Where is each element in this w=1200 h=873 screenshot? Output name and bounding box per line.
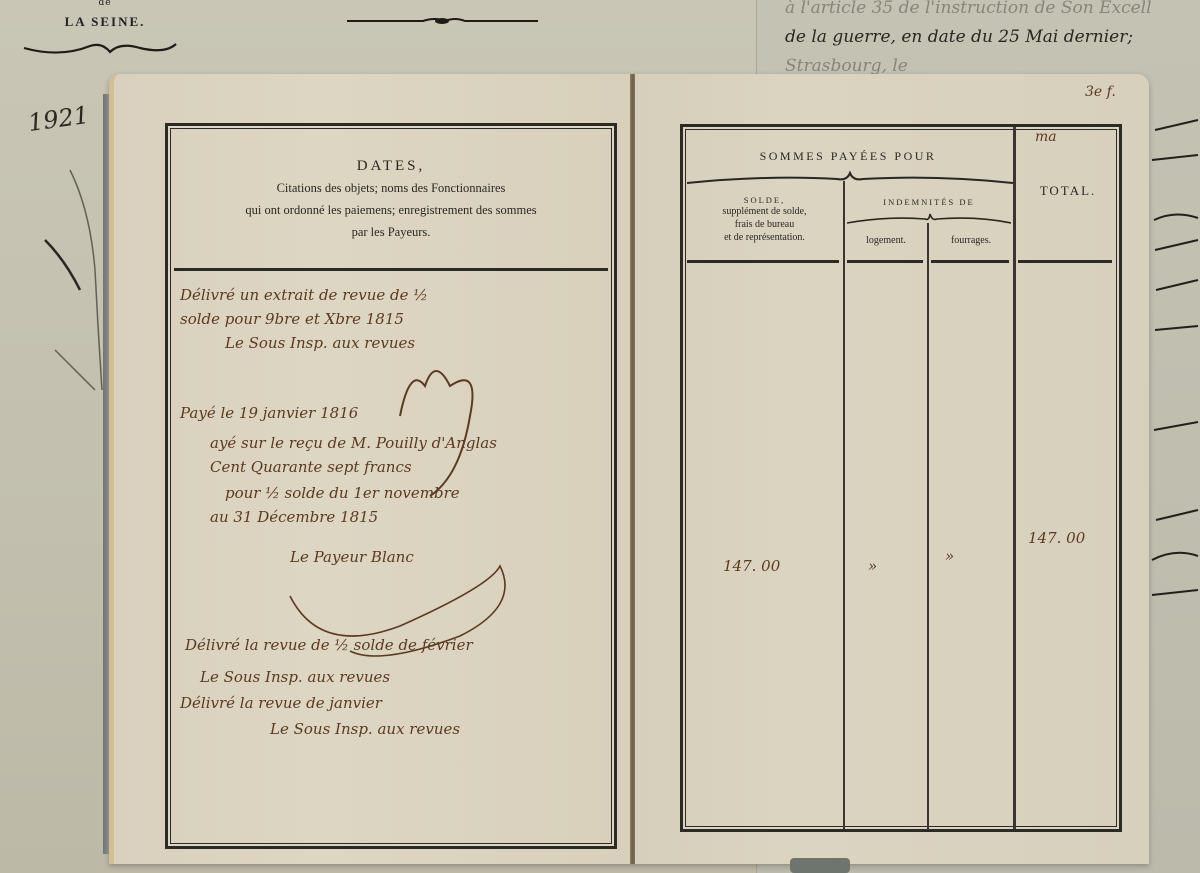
header-rule xyxy=(1018,260,1112,263)
entry-line: Délivré la revue de janvier xyxy=(180,694,382,712)
logement-header: logement. xyxy=(845,234,927,247)
total-annotation: ma xyxy=(1035,129,1057,145)
entry-line: Le Sous Insp. aux revues xyxy=(225,334,415,352)
header-de: de xyxy=(40,0,170,8)
dates-description: Citations des objets; noms des Fonctionn… xyxy=(168,177,614,243)
entry-line: Le Sous Insp. aux revues xyxy=(270,720,460,738)
pay-booklet: DATES, Citations des objets; noms des Fo… xyxy=(103,74,1163,873)
header-rule xyxy=(174,268,608,271)
column-divider xyxy=(843,181,845,829)
dates-title: DATES, xyxy=(168,158,614,175)
column-divider xyxy=(1013,127,1016,829)
background-printed-text: à l'article 35 de l'instruction de Son E… xyxy=(785,0,1200,81)
header-rule xyxy=(931,260,1009,263)
entry-line: Délivré un extrait de revue de ½ xyxy=(180,286,428,304)
corner-note: 3e f. xyxy=(1085,84,1116,100)
entry-line: au 31 Décembre 1815 xyxy=(210,508,378,526)
fourrages-header: fourrages. xyxy=(929,234,1013,247)
brace-ornament-icon xyxy=(847,213,1011,225)
sums-title: SOMMES PAYÉES POUR xyxy=(683,149,1013,164)
handwritten-scrawl-icon xyxy=(40,150,110,410)
dates-frame: DATES, Citations des objets; noms des Fo… xyxy=(165,123,617,849)
left-page: DATES, Citations des objets; noms des Fo… xyxy=(109,74,636,864)
indemnites-header: INDEMNITÉS DE xyxy=(845,197,1013,207)
right-page: 3e f. SOMMES PAYÉES POUR SOLDE, suppléme… xyxy=(635,74,1149,864)
divider-ornament-icon xyxy=(345,14,540,28)
logement-amount: » xyxy=(868,557,877,575)
entry-line: Le Sous Insp. aux revues xyxy=(200,668,390,686)
entry-line: Payé le 19 janvier 1816 xyxy=(180,404,358,422)
header-rule xyxy=(847,260,923,263)
solde-header: SOLDE, supplément de solde, frais de bur… xyxy=(687,195,842,244)
dates-header: DATES, Citations des objets; noms des Fo… xyxy=(168,126,614,266)
total-amount: 147. 00 xyxy=(1028,529,1085,547)
entry-line: solde pour 9bre et Xbre 1815 xyxy=(180,310,404,328)
signature-flourish-icon xyxy=(370,356,510,506)
header-place: LA SEINE. xyxy=(40,14,170,30)
handwritten-number: 1921 xyxy=(26,101,90,137)
swash-ornament-icon xyxy=(20,40,180,60)
fourrages-amount: » xyxy=(945,547,954,565)
total-header: TOTAL. xyxy=(1023,183,1113,199)
brace-ornament-icon xyxy=(687,171,1013,187)
background-header: de LA SEINE. xyxy=(40,0,170,30)
solde-amount: 147. 00 xyxy=(723,557,780,575)
sums-table-frame: SOMMES PAYÉES POUR SOLDE, supplément de … xyxy=(680,124,1122,832)
paper-under-booklet xyxy=(790,858,850,873)
column-divider xyxy=(927,223,929,829)
signature-flourish-icon xyxy=(280,556,540,666)
header-rule xyxy=(687,260,839,263)
